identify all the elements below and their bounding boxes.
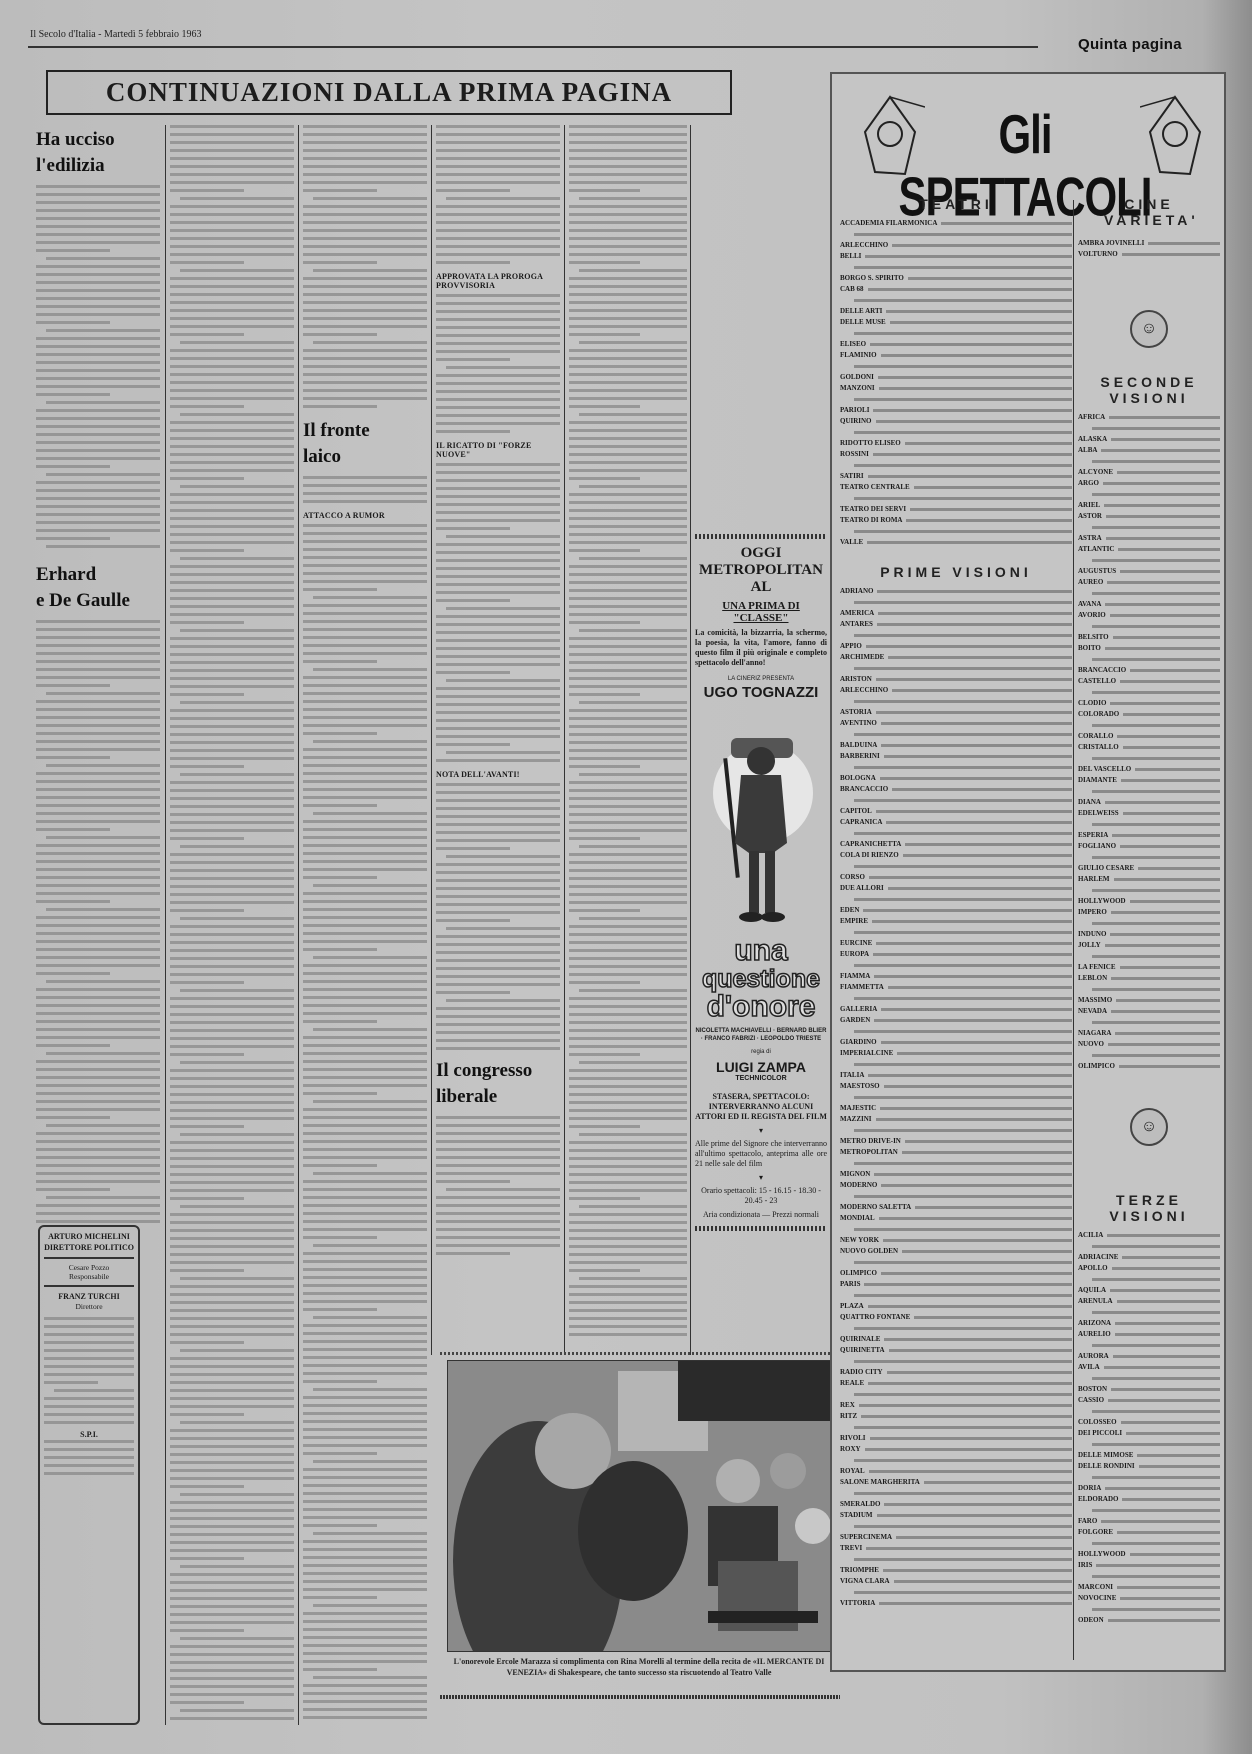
text-line	[303, 1516, 427, 1519]
text-line	[569, 133, 687, 136]
text-line	[569, 565, 687, 568]
text-line	[36, 457, 160, 460]
text-line	[170, 1069, 294, 1072]
text-line	[170, 1005, 294, 1008]
listing-entry: NUOVO	[1078, 1039, 1220, 1050]
listing-entry: ITALIA	[840, 1070, 1072, 1081]
text-line	[569, 445, 687, 448]
text-line	[569, 957, 687, 960]
listing-entry: IMPERIALCINE	[840, 1048, 1072, 1059]
responsible-role: Responsabile	[44, 1272, 134, 1281]
text-line	[170, 693, 244, 696]
listing-entry: AMERICA	[840, 608, 1072, 619]
text-line	[170, 205, 294, 208]
text-line	[436, 623, 560, 626]
text-line	[303, 940, 427, 943]
text-line	[436, 1228, 560, 1231]
text-line	[170, 1589, 294, 1592]
text-line	[446, 366, 560, 369]
text-line	[170, 637, 294, 640]
text-line	[303, 1668, 377, 1671]
text-line	[569, 1173, 687, 1176]
listing-entry: RITZ	[840, 1411, 1072, 1422]
text-line	[436, 141, 560, 144]
photo-caption: L'onorevole Ercole Marazza si compliment…	[450, 1656, 828, 1678]
text-line	[569, 373, 687, 376]
text-line	[170, 1333, 294, 1336]
text-line	[303, 325, 427, 328]
text-line	[36, 668, 160, 671]
listing-entry: MARCONI	[1078, 1582, 1220, 1593]
text-line	[44, 1357, 134, 1360]
text-line	[170, 1429, 294, 1432]
listing-entry: DEI PICCOLI	[1078, 1428, 1220, 1439]
text-line	[44, 1464, 134, 1467]
text-line	[569, 973, 687, 976]
text-line	[303, 876, 377, 879]
listing-entry: BOLOGNA	[840, 773, 1072, 784]
text-line	[303, 1116, 427, 1119]
news-photo	[447, 1360, 834, 1652]
text-line	[569, 733, 687, 736]
listing-entry: RIVOLI	[840, 1433, 1072, 1444]
text-line	[303, 580, 427, 583]
text-line	[569, 333, 640, 336]
text-line	[569, 293, 687, 296]
listing-entry: IRIS	[1078, 1560, 1220, 1571]
text-line	[303, 1332, 427, 1335]
text-line	[569, 1013, 687, 1016]
text-line	[569, 253, 687, 256]
text-line	[170, 445, 294, 448]
text-line	[170, 581, 294, 584]
text-line	[569, 181, 687, 184]
text-line	[303, 373, 427, 376]
text-line	[569, 1157, 687, 1160]
listing-detail	[840, 597, 1072, 608]
text-line	[36, 932, 160, 935]
text-line	[569, 1309, 687, 1312]
listing-detail	[840, 1224, 1072, 1235]
text-line	[36, 988, 160, 991]
text-line	[170, 1093, 294, 1096]
listing-detail	[840, 1389, 1072, 1400]
text-line	[36, 273, 160, 276]
text-line	[569, 1229, 687, 1232]
text-line	[170, 1085, 294, 1088]
text-line	[436, 245, 560, 248]
text-line	[170, 757, 294, 760]
listing-entry: FIAMMETTA	[840, 982, 1072, 993]
listing-entry: ADRIANO	[840, 586, 1072, 597]
page-label: Quinta pagina	[1078, 36, 1182, 53]
text-line	[36, 1044, 110, 1047]
text-line	[36, 620, 160, 623]
text-line	[303, 1436, 427, 1439]
listing-detail	[840, 262, 1072, 273]
listing-detail	[1078, 1050, 1220, 1061]
text-line	[569, 1101, 687, 1104]
text-line	[436, 735, 560, 738]
text-line	[579, 989, 687, 992]
ad-blurb: La comicità, la bizzarria, la schermo, l…	[695, 628, 827, 668]
text-line	[569, 1269, 640, 1272]
newspaper-page: Il Secolo d'Italia - Martedì 5 febbraio …	[0, 0, 1252, 1754]
text-line	[170, 429, 294, 432]
text-line	[170, 613, 294, 616]
text-line	[170, 1573, 294, 1576]
text-line	[303, 796, 427, 799]
listing-entry: ARIEL	[1078, 500, 1220, 511]
listing-detail	[840, 1323, 1072, 1334]
text-line	[303, 1252, 427, 1255]
text-line	[313, 341, 427, 344]
text-line	[170, 717, 294, 720]
text-line	[303, 165, 427, 168]
text-line	[170, 1109, 294, 1112]
text-line	[303, 1084, 427, 1087]
text-line	[569, 597, 687, 600]
text-line	[44, 1325, 134, 1328]
listing-entry: DELLE MUSE	[840, 317, 1072, 328]
text-line	[303, 1444, 427, 1447]
text-line	[436, 943, 560, 946]
text-line	[170, 973, 294, 976]
text-line	[569, 549, 640, 552]
text-line	[569, 397, 687, 400]
text-line	[436, 783, 560, 786]
responsible-name: Cesare Pozzo	[44, 1263, 134, 1272]
text-line	[170, 957, 294, 960]
text-line	[569, 893, 687, 896]
text-line	[170, 1357, 294, 1360]
text-line	[303, 1348, 427, 1351]
text-line	[436, 951, 560, 954]
text-line	[303, 780, 427, 783]
box-text	[44, 1440, 134, 1475]
text-line	[436, 1244, 560, 1247]
text-line	[170, 1517, 294, 1520]
listing-entry: DELLE RONDINI	[1078, 1461, 1220, 1472]
text-line	[303, 173, 427, 176]
article-body	[436, 1116, 560, 1255]
text-line	[303, 1300, 427, 1303]
text-line	[569, 861, 687, 864]
text-line	[313, 884, 427, 887]
text-line	[44, 1472, 134, 1475]
text-line	[170, 173, 294, 176]
text-line	[36, 1164, 160, 1167]
text-line	[303, 125, 427, 128]
text-line	[170, 853, 294, 856]
text-line	[170, 389, 294, 392]
text-line	[170, 1197, 244, 1200]
article-body	[436, 463, 560, 762]
text-line	[569, 189, 640, 192]
director-name: ARTURO MICHELINI	[44, 1231, 134, 1242]
text-line	[36, 1116, 110, 1119]
text-line	[36, 1220, 160, 1223]
text-line	[44, 1381, 98, 1384]
listing-detail	[1078, 1505, 1220, 1516]
text-line	[170, 1237, 294, 1240]
text-line	[44, 1421, 134, 1424]
text-line	[303, 1276, 427, 1279]
text-line	[313, 956, 427, 959]
listing-entry: ACILIA	[1078, 1230, 1220, 1241]
text-line	[313, 197, 427, 200]
subheading: ATTACCO A RUMOR	[303, 511, 427, 520]
text-line	[303, 588, 377, 591]
text-line	[170, 357, 294, 360]
text-line	[303, 141, 427, 144]
text-line	[303, 844, 427, 847]
listing-detail	[840, 229, 1072, 240]
text-line	[436, 463, 560, 466]
text-line	[303, 1124, 427, 1127]
text-line	[44, 1413, 134, 1416]
text-line	[569, 853, 687, 856]
text-line	[36, 409, 160, 412]
text-line	[303, 540, 427, 543]
column-divider	[298, 125, 299, 1725]
listing-entry: ANTARES	[840, 619, 1072, 630]
text-line	[436, 631, 560, 634]
text-line	[303, 772, 427, 775]
listing-detail	[840, 1488, 1072, 1499]
text-line	[36, 1012, 160, 1015]
subheading: APPROVATA LA PROROGA PROVVISORIA	[436, 272, 560, 290]
text-line	[170, 1549, 294, 1552]
text-line	[44, 1373, 134, 1376]
section-heading-seconde-2: VISIONI	[1078, 390, 1220, 406]
text-line	[436, 1164, 560, 1167]
text-line	[436, 1031, 560, 1034]
text-line	[436, 647, 560, 650]
listing-detail	[1078, 918, 1220, 929]
listing-entry: NUOVO GOLDEN	[840, 1246, 1072, 1257]
text-line	[569, 589, 687, 592]
text-line	[569, 405, 640, 408]
text-line	[303, 892, 427, 895]
text-line	[170, 469, 294, 472]
text-line	[303, 1020, 377, 1023]
cine-varieta-listings: AMBRA JOVINELLIVOLTURNO	[1078, 238, 1220, 260]
listing-entry: GOLDONI	[840, 372, 1072, 383]
listing-detail	[840, 526, 1072, 537]
listing-entry: CAPRANICA	[840, 817, 1072, 828]
listing-entry: LA FENICE	[1078, 962, 1220, 973]
listing-entry: FOLGORE	[1078, 1527, 1220, 1538]
listing-detail	[1078, 1406, 1220, 1417]
text-line	[36, 724, 160, 727]
listing-entry: CASTELLO	[1078, 676, 1220, 687]
text-line	[436, 310, 560, 313]
text-line	[170, 1053, 244, 1056]
text-line	[569, 277, 687, 280]
listing-detail	[840, 1455, 1072, 1466]
text-line	[313, 668, 427, 671]
text-line	[170, 405, 244, 408]
listing-entry: NEW YORK	[840, 1235, 1072, 1246]
text-line	[579, 557, 687, 560]
emblem-icon: ☺	[1130, 1108, 1168, 1146]
text-line	[579, 341, 687, 344]
text-line	[170, 621, 244, 624]
listing-entry: DIANA	[1078, 797, 1220, 808]
listing-entry: DELLE MIMOSE	[1078, 1450, 1220, 1461]
text-line	[436, 487, 560, 490]
text-line	[436, 799, 560, 802]
text-line	[436, 1236, 560, 1239]
text-line	[303, 229, 427, 232]
text-line	[36, 369, 160, 372]
text-line	[569, 437, 687, 440]
text-line	[180, 1349, 294, 1352]
text-line	[569, 205, 687, 208]
text-line	[36, 297, 160, 300]
section-heading-terze-1: TERZE	[1078, 1192, 1220, 1208]
text-line	[170, 253, 294, 256]
text-line	[170, 597, 294, 600]
text-line	[170, 1365, 294, 1368]
text-line	[303, 365, 427, 368]
text-line	[170, 149, 294, 152]
text-line	[170, 453, 294, 456]
text-line	[569, 637, 687, 640]
text-line	[569, 1093, 687, 1096]
article-body	[303, 476, 427, 503]
listing-entry: CAB 68	[840, 284, 1072, 295]
text-line	[569, 725, 687, 728]
text-line	[170, 1453, 294, 1456]
text-line	[436, 823, 560, 826]
text-line	[303, 492, 427, 495]
text-line	[170, 325, 294, 328]
text-line	[303, 564, 427, 567]
text-line	[436, 959, 560, 962]
listing-entry: AFRICA	[1078, 412, 1220, 423]
listing-entry: DEL VASCELLO	[1078, 764, 1220, 775]
listing-entry: ELISEO	[840, 339, 1072, 350]
text-line	[436, 815, 560, 818]
text-line	[303, 1188, 427, 1191]
spi-label: S.P.I.	[44, 1429, 134, 1440]
article-headline: Erhard e De Gaulle	[36, 562, 160, 614]
listing-detail	[840, 1290, 1072, 1301]
text-line	[170, 1629, 244, 1632]
text-line	[170, 877, 294, 880]
text-line	[170, 1181, 294, 1184]
listing-detail	[1078, 423, 1220, 434]
text-line	[54, 1389, 134, 1392]
text-line	[170, 317, 294, 320]
text-line	[303, 1092, 377, 1095]
text-line	[436, 527, 510, 530]
text-line	[569, 933, 687, 936]
text-line	[303, 1468, 427, 1471]
text-line	[569, 869, 687, 872]
text-line	[180, 413, 294, 416]
listing-detail	[1078, 819, 1220, 830]
text-line	[36, 1180, 160, 1183]
text-line	[579, 1205, 687, 1208]
text-line	[446, 679, 560, 682]
text-line	[436, 583, 560, 586]
text-line	[170, 549, 244, 552]
text-line	[303, 500, 427, 503]
text-line	[170, 1029, 294, 1032]
text-line	[569, 381, 687, 384]
text-line	[46, 329, 160, 332]
section-heading-terze-2: VISIONI	[1078, 1208, 1220, 1224]
text-line	[170, 589, 294, 592]
ad-note: Alle prime del Signore che interverranno…	[695, 1139, 827, 1169]
text-line	[36, 1028, 160, 1031]
text-line	[170, 749, 294, 752]
listing-entry: DUE ALLORI	[840, 883, 1072, 894]
text-line	[569, 1301, 687, 1304]
text-line	[303, 916, 427, 919]
text-line	[170, 141, 294, 144]
text-line	[36, 940, 160, 943]
listing-entry: FARO	[1078, 1516, 1220, 1527]
listing-detail	[840, 960, 1072, 971]
text-line	[36, 193, 160, 196]
text-line	[569, 1165, 687, 1168]
text-line	[303, 1644, 427, 1647]
text-line	[36, 964, 160, 967]
listing-detail	[840, 1587, 1072, 1598]
text-line	[303, 1204, 427, 1207]
listing-detail	[840, 361, 1072, 372]
text-line	[170, 565, 294, 568]
text-line	[569, 261, 640, 264]
text-line	[36, 537, 110, 540]
listing-entry: AQUILA	[1078, 1285, 1220, 1296]
text-line	[303, 1052, 427, 1055]
text-line	[303, 397, 427, 400]
text-line	[569, 797, 687, 800]
text-line	[436, 294, 560, 297]
text-line	[36, 700, 160, 703]
text-line	[170, 1317, 294, 1320]
listing-entry: GARDEN	[840, 1015, 1072, 1026]
text-line	[569, 517, 687, 520]
text-line	[36, 337, 160, 340]
text-line	[303, 1228, 427, 1231]
text-line	[170, 381, 294, 384]
article-column-1: Ha ucciso l'edilizia Erhard e De Gaulle	[36, 125, 160, 1225]
text-line	[569, 981, 640, 984]
text-line	[170, 1117, 294, 1120]
text-line	[313, 740, 427, 743]
article-body	[569, 125, 687, 1336]
text-line	[303, 205, 427, 208]
text-line	[170, 1165, 294, 1168]
text-line	[436, 1196, 560, 1199]
text-line	[569, 949, 687, 952]
listing-entry: JOLLY	[1078, 940, 1220, 951]
text-line	[569, 813, 687, 816]
ad-cast: NICOLETTA MACHIAVELLI · BERNARD BLIER · …	[695, 1027, 827, 1043]
listing-entry: ODEON	[1078, 1615, 1220, 1626]
text-line	[36, 804, 160, 807]
article-body	[436, 783, 560, 1050]
text-line	[180, 269, 294, 272]
text-line	[303, 932, 427, 935]
text-line	[170, 285, 294, 288]
